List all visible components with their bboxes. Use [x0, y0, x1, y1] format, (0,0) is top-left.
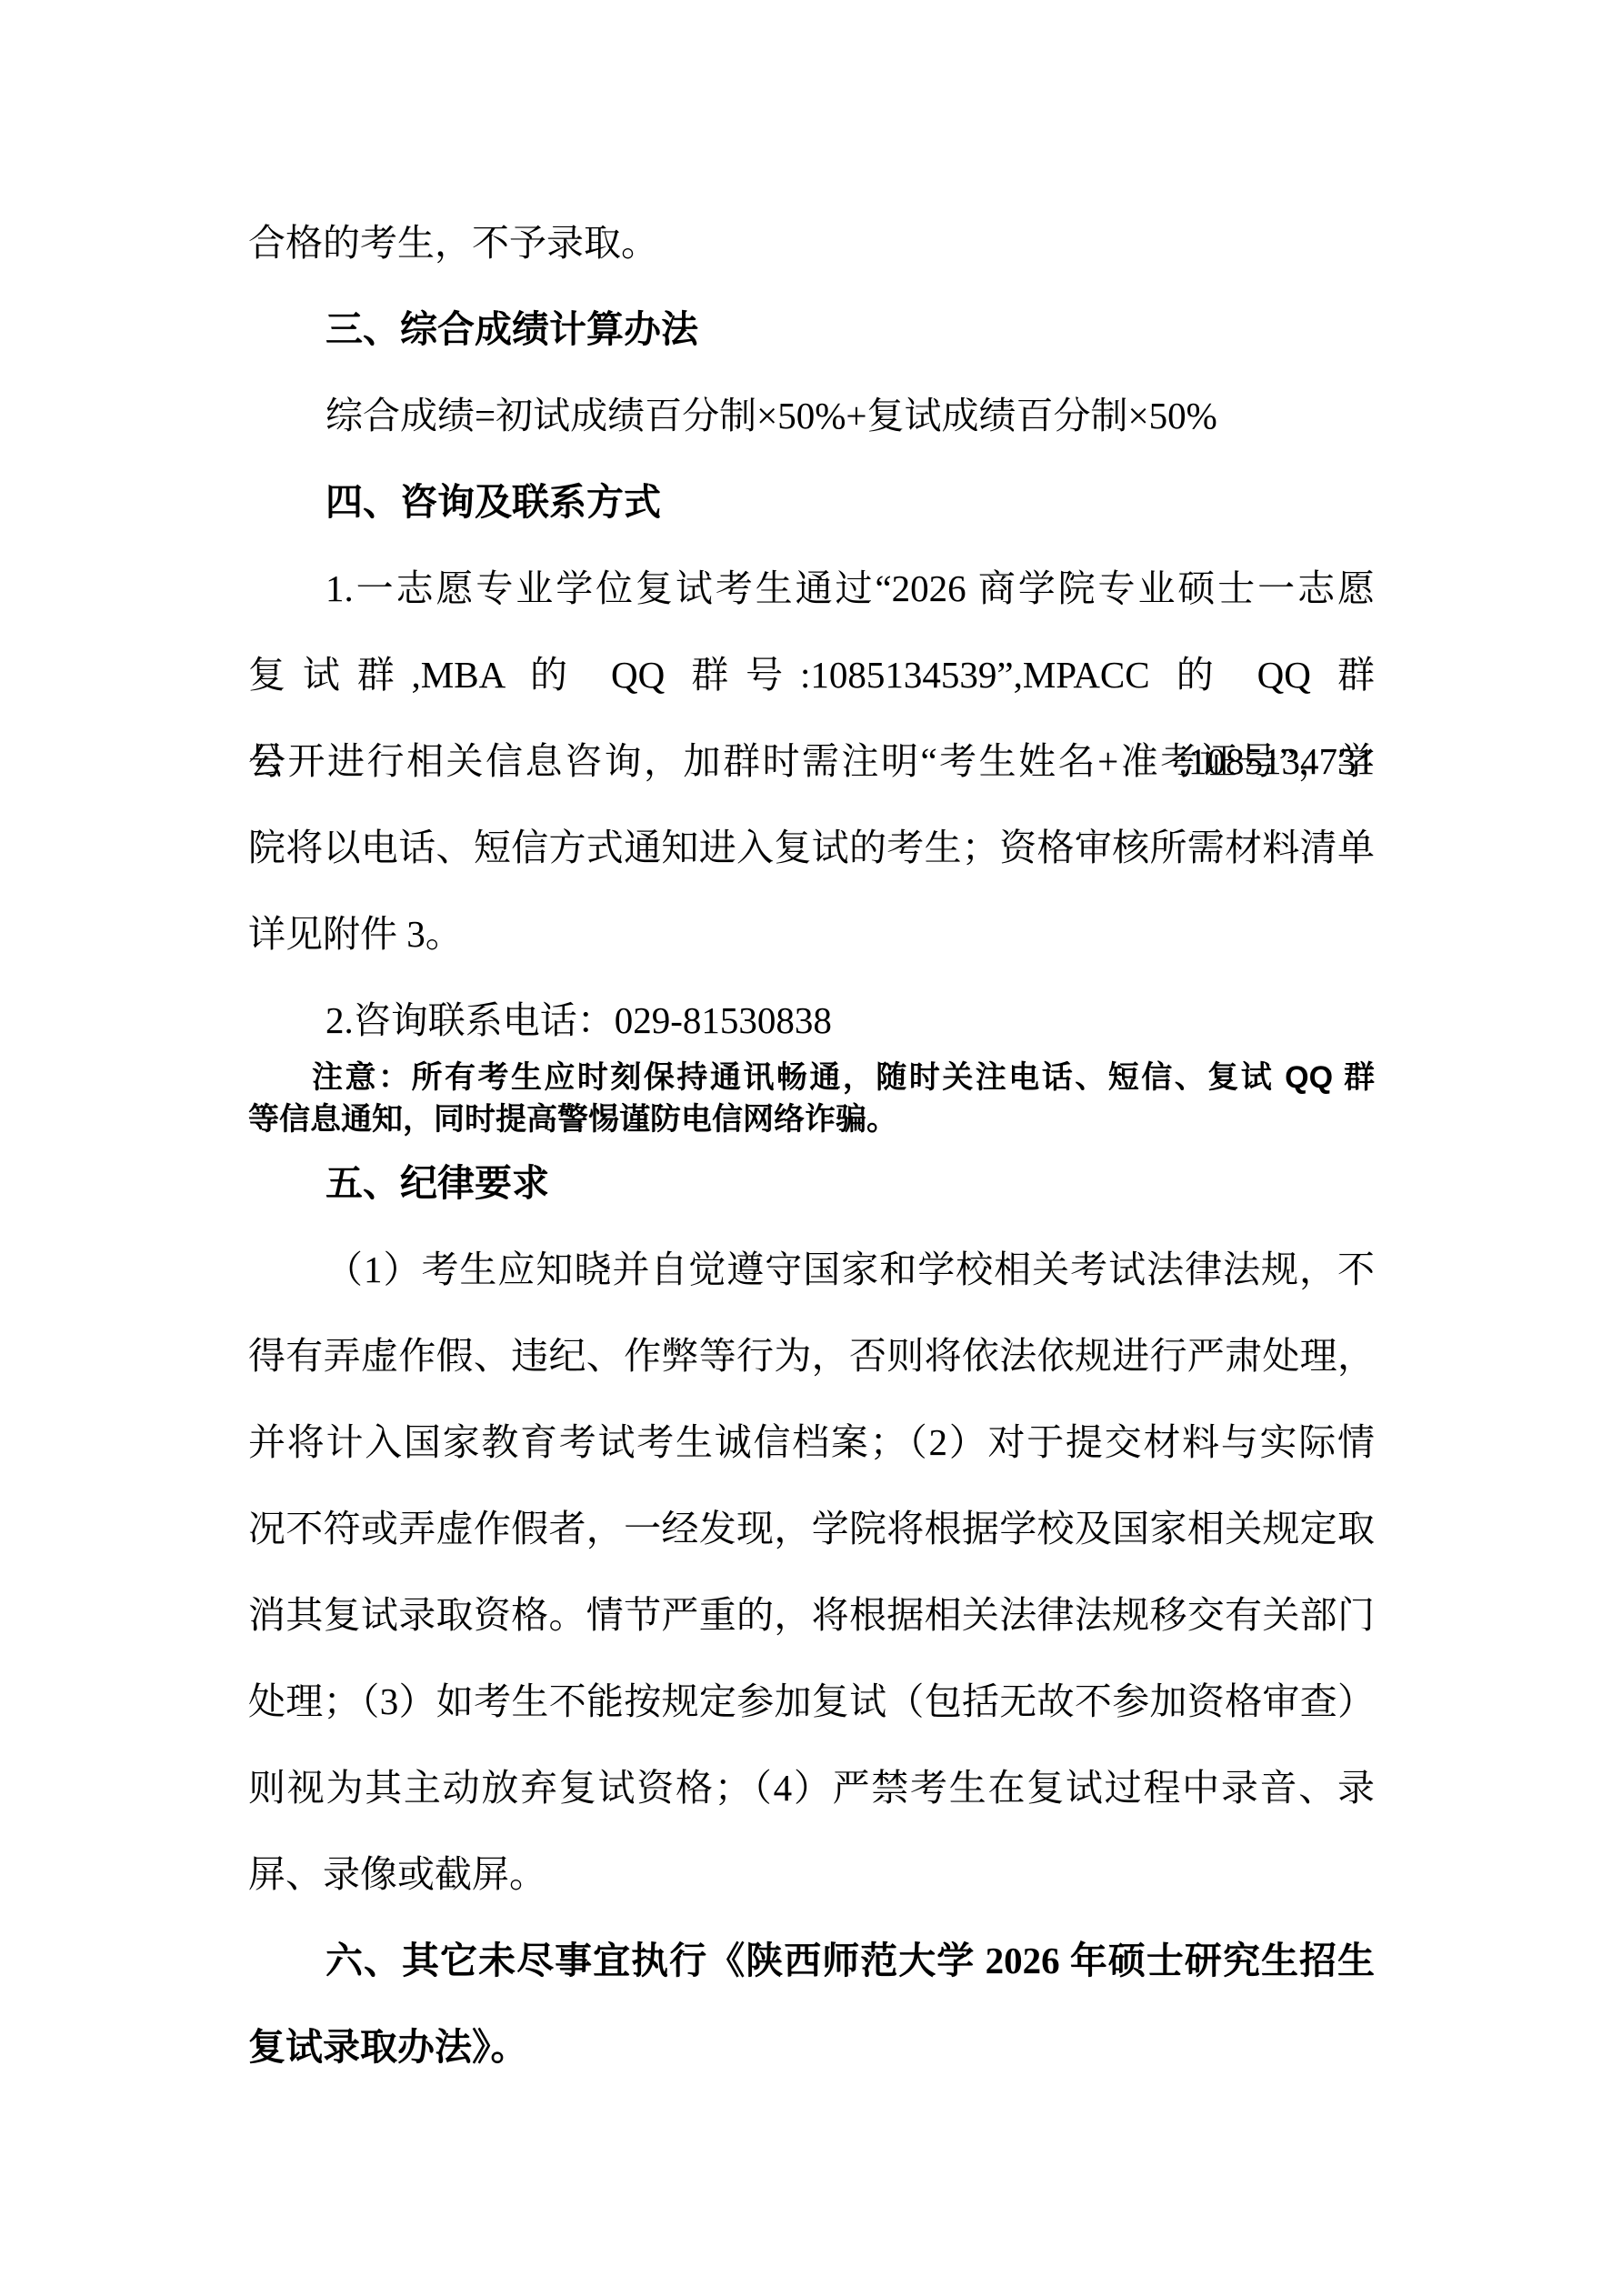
notice-line: 等信息通知，同时提高警惕谨防电信网络诈骗。: [248, 1098, 1375, 1140]
text-line: 消其复试录取资格。情节严重的，将根据相关法律法规移交有关部门: [248, 1572, 1375, 1659]
text-line: 详见附件 3。: [248, 891, 1375, 978]
text-line: 况不符或弄虚作假者，一经发现，学院将根据学校及国家相关规定取: [248, 1486, 1375, 1572]
text-line: （1）考生应知晓并自觉遵守国家和学校相关考试法律法规，不: [248, 1227, 1375, 1313]
text-line: 1.一志愿专业学位复试考生通过“2026 商学院专业硕士一志愿: [248, 546, 1375, 632]
document-page: 合格的考生，不予录取。三、综合成绩计算办法综合成绩=初试成绩百分制×50%+复试…: [0, 0, 1622, 2296]
text-line: 并将计入国家教育考试考生诚信档案；（2）对于提交材料与实际情: [248, 1399, 1375, 1486]
document-content: 合格的考生，不予录取。三、综合成绩计算办法综合成绩=初试成绩百分制×50%+复试…: [248, 200, 1375, 2090]
text-line: 得有弄虚作假、违纪、作弊等行为，否则将依法依规进行严肃处理，: [248, 1313, 1375, 1399]
text-line: 复试群,MBA 的 QQ 群号:1085134539”,MPACC 的 QQ 群…: [248, 632, 1375, 718]
text-line: 综合成绩=初试成绩百分制×50%+复试成绩百分制×50%: [248, 373, 1375, 459]
section-heading-line: 五、纪律要求: [248, 1140, 1375, 1227]
section-heading-line: 六、其它未尽事宜执行《陕西师范大学 2026 年硕士研究生招生: [248, 1918, 1375, 2004]
section-heading-line: 三、综合成绩计算办法: [248, 286, 1375, 373]
text-line: 2.咨询联系电话：029-81530838: [248, 978, 1375, 1064]
text-line: 处理；（3）如考生不能按规定参加复试（包括无故不参加资格审查）: [248, 1659, 1375, 1745]
text-line: 院将以电话、短信方式通知进入复试的考生；资格审核所需材料清单: [248, 805, 1375, 891]
section-heading-line: 复试录取办法》。: [248, 2004, 1375, 2090]
notice-line: 注意：所有考生应时刻保持通讯畅通，随时关注电话、短信、复试 QQ 群: [248, 1057, 1375, 1098]
text-line: 屏、录像或截屏。: [248, 1831, 1375, 1918]
text-line: 公开进行相关信息咨询，加群时需注明“考生姓名+准考证号”，学: [248, 718, 1375, 805]
text-line: 合格的考生，不予录取。: [248, 200, 1375, 286]
section-heading-line: 四、咨询及联系方式: [248, 459, 1375, 546]
text-line: 则视为其主动放弃复试资格；（4）严禁考生在复试过程中录音、录: [248, 1745, 1375, 1831]
